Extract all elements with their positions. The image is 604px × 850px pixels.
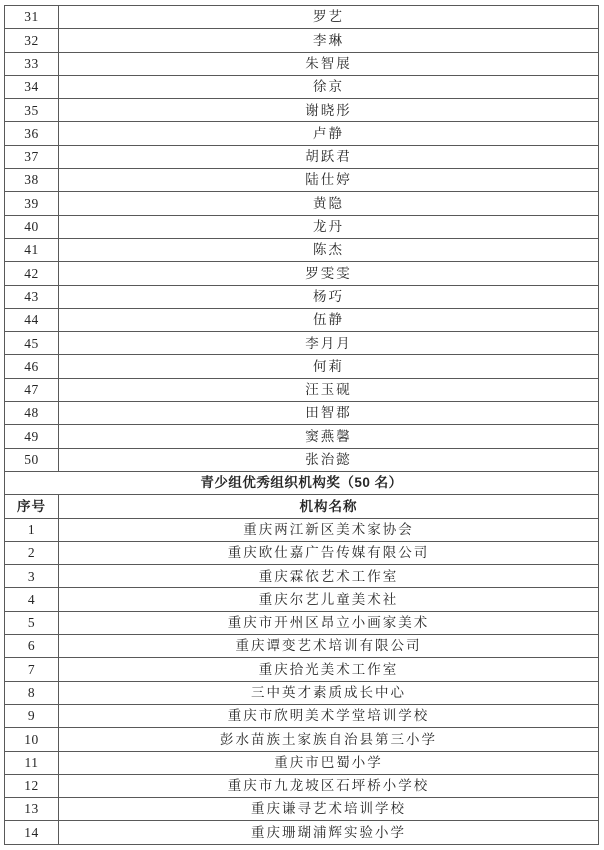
table-row: 10彭水苗族土家族自治县第三小学 <box>5 728 599 751</box>
row-name-cell: 罗艺 <box>59 6 599 29</box>
table-row: 44伍静 <box>5 308 599 331</box>
row-number-cell: 1 <box>5 518 59 541</box>
table-row: 42罗雯雯 <box>5 262 599 285</box>
row-name-cell: 罗雯雯 <box>59 262 599 285</box>
row-number-cell: 8 <box>5 681 59 704</box>
row-number-cell: 11 <box>5 751 59 774</box>
table-row: 31罗艺 <box>5 6 599 29</box>
table-row: 8三中英才素质成长中心 <box>5 681 599 704</box>
row-name-cell: 伍静 <box>59 308 599 331</box>
row-number-cell: 13 <box>5 798 59 821</box>
section-header-row: 青少组优秀组织机构奖（50 名） <box>5 471 599 494</box>
row-number-cell: 6 <box>5 635 59 658</box>
table-row: 41陈杰 <box>5 238 599 261</box>
row-number-cell: 38 <box>5 169 59 192</box>
table-row: 33朱智展 <box>5 52 599 75</box>
organization-awards-rows: 1重庆两江新区美术家协会2重庆欧仕嘉广告传媒有限公司3重庆霖依艺术工作室4重庆尔… <box>5 518 599 844</box>
table-row: 12重庆市九龙坡区石坪桥小学校 <box>5 774 599 797</box>
table-row: 32李琳 <box>5 29 599 52</box>
table-row: 11重庆市巴蜀小学 <box>5 751 599 774</box>
row-number-cell: 14 <box>5 821 59 844</box>
table-row: 13重庆谦寻艺术培训学校 <box>5 798 599 821</box>
row-name-cell: 陈杰 <box>59 238 599 261</box>
table-row: 7重庆拾光美术工作室 <box>5 658 599 681</box>
row-name-cell: 重庆谭变艺术培训有限公司 <box>59 635 599 658</box>
row-name-cell: 谢晓彤 <box>59 99 599 122</box>
row-name-cell: 三中英才素质成长中心 <box>59 681 599 704</box>
row-name-cell: 胡跃君 <box>59 145 599 168</box>
row-number-cell: 48 <box>5 402 59 425</box>
row-name-cell: 徐京 <box>59 75 599 98</box>
row-name-cell: 重庆市巴蜀小学 <box>59 751 599 774</box>
row-number-cell: 42 <box>5 262 59 285</box>
table-row: 14重庆珊瑚浦辉实验小学 <box>5 821 599 844</box>
table-row: 38陆仕婷 <box>5 169 599 192</box>
row-name-cell: 黄隐 <box>59 192 599 215</box>
row-number-cell: 43 <box>5 285 59 308</box>
row-number-cell: 4 <box>5 588 59 611</box>
row-name-cell: 汪玉砚 <box>59 378 599 401</box>
table-row: 2重庆欧仕嘉广告传媒有限公司 <box>5 541 599 564</box>
row-name-cell: 李琳 <box>59 29 599 52</box>
row-number-cell: 40 <box>5 215 59 238</box>
row-name-cell: 重庆市开州区昂立小画家美术 <box>59 611 599 634</box>
row-name-cell: 卢静 <box>59 122 599 145</box>
row-number-cell: 33 <box>5 52 59 75</box>
row-name-cell: 张治懿 <box>59 448 599 471</box>
table-row: 48田智郡 <box>5 402 599 425</box>
row-number-cell: 39 <box>5 192 59 215</box>
table-row: 36卢静 <box>5 122 599 145</box>
row-number-cell: 35 <box>5 99 59 122</box>
table-row: 34徐京 <box>5 75 599 98</box>
row-number-cell: 50 <box>5 448 59 471</box>
row-number-cell: 36 <box>5 122 59 145</box>
individual-awards-rows: 31罗艺32李琳33朱智展34徐京35谢晓彤36卢静37胡跃君38陆仕婷39黄隐… <box>5 6 599 472</box>
table-row: 1重庆两江新区美术家协会 <box>5 518 599 541</box>
table-row: 49窦燕馨 <box>5 425 599 448</box>
table-row: 3重庆霖依艺术工作室 <box>5 565 599 588</box>
row-number-cell: 32 <box>5 29 59 52</box>
row-number-cell: 49 <box>5 425 59 448</box>
row-number-cell: 44 <box>5 308 59 331</box>
row-name-cell: 杨巧 <box>59 285 599 308</box>
row-name-cell: 重庆谦寻艺术培训学校 <box>59 798 599 821</box>
row-number-cell: 12 <box>5 774 59 797</box>
section-title: 青少组优秀组织机构奖（50 名） <box>5 471 599 494</box>
row-number-cell: 7 <box>5 658 59 681</box>
row-name-cell: 重庆市九龙坡区石坪桥小学校 <box>59 774 599 797</box>
table-row: 40龙丹 <box>5 215 599 238</box>
row-number-cell: 37 <box>5 145 59 168</box>
row-name-cell: 重庆拾光美术工作室 <box>59 658 599 681</box>
row-number-cell: 3 <box>5 565 59 588</box>
document-page: 31罗艺32李琳33朱智展34徐京35谢晓彤36卢静37胡跃君38陆仕婷39黄隐… <box>0 0 604 850</box>
row-number-cell: 46 <box>5 355 59 378</box>
row-name-cell: 重庆市欣明美术学堂培训学校 <box>59 704 599 727</box>
table-row: 9重庆市欣明美术学堂培训学校 <box>5 704 599 727</box>
row-number-cell: 31 <box>5 6 59 29</box>
table-row: 43杨巧 <box>5 285 599 308</box>
table-row: 50张治懿 <box>5 448 599 471</box>
section-divider: 青少组优秀组织机构奖（50 名） 序号 机构名称 <box>5 471 599 518</box>
row-name-cell: 重庆霖依艺术工作室 <box>59 565 599 588</box>
row-number-cell: 9 <box>5 704 59 727</box>
row-name-cell: 李月月 <box>59 332 599 355</box>
row-number-cell: 34 <box>5 75 59 98</box>
row-number-cell: 47 <box>5 378 59 401</box>
table-row: 47汪玉砚 <box>5 378 599 401</box>
row-name-cell: 重庆尔艺儿童美术社 <box>59 588 599 611</box>
row-name-cell: 彭水苗族土家族自治县第三小学 <box>59 728 599 751</box>
row-name-cell: 田智郡 <box>59 402 599 425</box>
table-row: 39黄隐 <box>5 192 599 215</box>
awards-table: 31罗艺32李琳33朱智展34徐京35谢晓彤36卢静37胡跃君38陆仕婷39黄隐… <box>4 5 599 845</box>
row-name-cell: 重庆两江新区美术家协会 <box>59 518 599 541</box>
column-header-row: 序号 机构名称 <box>5 495 599 518</box>
row-name-cell: 陆仕婷 <box>59 169 599 192</box>
column-header-num: 序号 <box>5 495 59 518</box>
row-number-cell: 2 <box>5 541 59 564</box>
row-number-cell: 10 <box>5 728 59 751</box>
table-row: 5重庆市开州区昂立小画家美术 <box>5 611 599 634</box>
row-number-cell: 45 <box>5 332 59 355</box>
row-number-cell: 41 <box>5 238 59 261</box>
table-row: 4重庆尔艺儿童美术社 <box>5 588 599 611</box>
table-row: 37胡跃君 <box>5 145 599 168</box>
row-name-cell: 重庆珊瑚浦辉实验小学 <box>59 821 599 844</box>
table-row: 46何莉 <box>5 355 599 378</box>
table-row: 6重庆谭变艺术培训有限公司 <box>5 635 599 658</box>
row-number-cell: 5 <box>5 611 59 634</box>
row-name-cell: 龙丹 <box>59 215 599 238</box>
row-name-cell: 重庆欧仕嘉广告传媒有限公司 <box>59 541 599 564</box>
table-row: 35谢晓彤 <box>5 99 599 122</box>
row-name-cell: 窦燕馨 <box>59 425 599 448</box>
column-header-name: 机构名称 <box>59 495 599 518</box>
row-name-cell: 朱智展 <box>59 52 599 75</box>
table-row: 45李月月 <box>5 332 599 355</box>
row-name-cell: 何莉 <box>59 355 599 378</box>
